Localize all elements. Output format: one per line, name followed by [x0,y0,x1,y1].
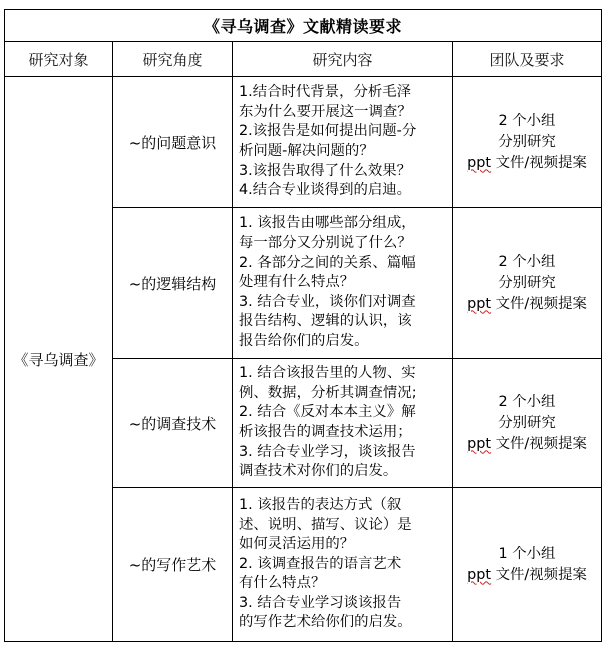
group-count: 2 个小组 [453,392,601,413]
group-count: 2 个小组 [453,111,601,132]
spellcheck-word: ppt [467,436,491,452]
team-cell: 2 个小组 分别研究 ppt 文件/视频提案 [453,77,602,208]
spellcheck-word: ppt [467,155,491,171]
content-line: 2.该报告是如何提出问题-分 [239,122,448,142]
content-line: 如何灵活运用的？ [239,535,448,555]
angle-cell: ~的问题意识 [113,77,233,208]
content-line: 报告给你们的启发。 [239,332,448,352]
group-count: 1 个小组 [453,544,601,565]
deliverable: ppt 文件/视频提案 [453,565,601,586]
deliverable: ppt 文件/视频提案 [453,153,601,174]
content-line: 调查技术对你们的启发。 [239,462,448,482]
header-research-object: 研究对象 [5,42,113,77]
content-line: 例、数据，分析其调查情况; [239,384,448,404]
team-cell: 2 个小组 分别研究 ppt 文件/视频提案 [453,359,602,488]
team-cell: 1 个小组 ppt 文件/视频提案 [453,488,602,642]
content-line: 每一部分又分别说了什么？ [239,234,448,254]
content-line: 3. 结合专业学习，谈该报告 [239,443,448,463]
deliverable-text: 文件/视频提案 [491,296,587,312]
content-line: 报告结构、逻辑的认识，该 [239,312,448,332]
research-object-cell: 《寻乌调查》 [5,77,113,642]
content-line: 1. 结合该报告里的人物、实 [239,364,448,384]
title-row: 《寻乌调查》文献精读要求 [5,10,602,42]
research-mode: 分别研究 [453,273,601,294]
content-cell: 1. 该报告由哪些部分组成， 每一部分又分别说了什么？ 2. 各部分之间的关系、… [233,208,453,359]
deliverable: ppt 文件/视频提案 [453,294,601,315]
content-cell: 1.结合时代背景，分析毛泽 东为什么要开展这一调查？ 2.该报告是如何提出问题-… [233,77,453,208]
team-cell: 2 个小组 分别研究 ppt 文件/视频提案 [453,208,602,359]
content-line: 2. 该调查报告的语言艺术 [239,555,448,575]
deliverable: ppt 文件/视频提案 [453,434,601,455]
reading-requirements-table: 《寻乌调查》文献精读要求 研究对象 研究角度 研究内容 团队及要求 《寻乌调查》… [4,9,602,642]
content-line: 1. 该报告由哪些部分组成， [239,214,448,234]
deliverable-text: 文件/视频提案 [491,155,587,171]
content-line: 2. 各部分之间的关系、篇幅 [239,254,448,274]
research-mode: 分别研究 [453,413,601,434]
research-mode: 分别研究 [453,132,601,153]
deliverable-text: 文件/视频提案 [491,567,587,583]
content-line: 3. 结合专业，谈你们对调查 [239,293,448,313]
table-title: 《寻乌调查》文献精读要求 [5,10,602,42]
spellcheck-word: ppt [467,296,491,312]
content-line: 3.该报告取得了什么效果？ [239,162,448,182]
header-row: 研究对象 研究角度 研究内容 团队及要求 [5,42,602,77]
content-line: 的写作艺术给你们的启发。 [239,613,448,633]
deliverable-text: 文件/视频提案 [491,436,587,452]
table-row: 《寻乌调查》 ~的问题意识 1.结合时代背景，分析毛泽 东为什么要开展这一调查？… [5,77,602,208]
content-line: 有什么特点？ [239,574,448,594]
angle-cell: ~的调查技术 [113,359,233,488]
content-line: 处理有什么特点？ [239,273,448,293]
content-line: 1.结合时代背景，分析毛泽 [239,83,448,103]
content-line: 4.结合专业谈得到的启迪。 [239,181,448,201]
content-line: 析问题-解决问题的？ [239,142,448,162]
content-line: 东为什么要开展这一调查？ [239,103,448,123]
spellcheck-word: ppt [467,567,491,583]
content-line: 1. 该报告的表达方式（叙 [239,496,448,516]
angle-cell: ~的写作艺术 [113,488,233,642]
content-line: 述、说明、描写、议论）是 [239,516,448,536]
angle-cell: ~的逻辑结构 [113,208,233,359]
content-cell: 1. 该报告的表达方式（叙 述、说明、描写、议论）是 如何灵活运用的？ 2. 该… [233,488,453,642]
content-line: 3. 结合专业学习谈该报告 [239,594,448,614]
content-line: 2. 结合《反对本本主义》解 [239,403,448,423]
content-line: 析该报告的调查技术运用； [239,423,448,443]
group-count: 2 个小组 [453,252,601,273]
header-research-angle: 研究角度 [113,42,233,77]
header-research-content: 研究内容 [233,42,453,77]
content-cell: 1. 结合该报告里的人物、实 例、数据，分析其调查情况; 2. 结合《反对本本主… [233,359,453,488]
header-team-requirements: 团队及要求 [453,42,602,77]
